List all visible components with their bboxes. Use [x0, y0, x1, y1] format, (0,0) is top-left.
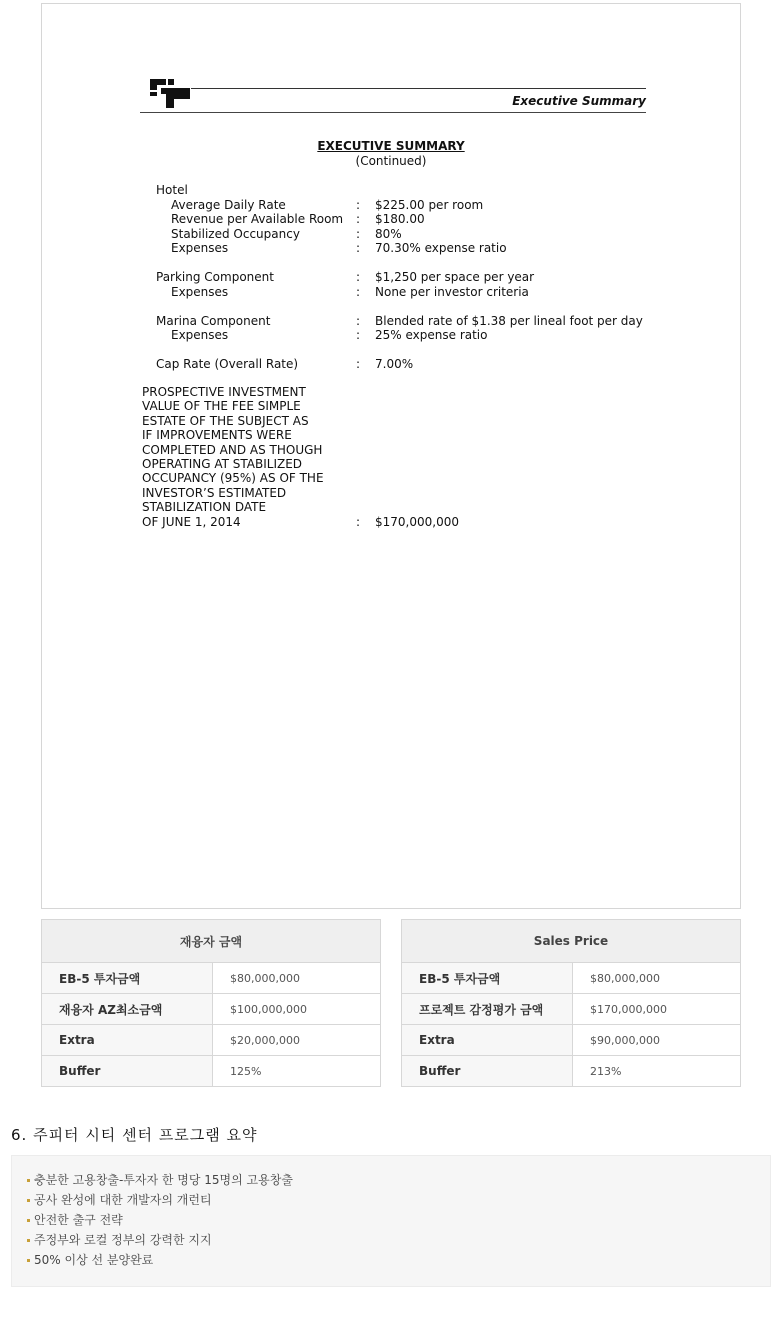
summary-rows: HotelAverage Daily Rate:$225.00 per room… — [156, 183, 676, 372]
bullet-icon — [27, 1219, 30, 1222]
row-label: Hotel — [156, 183, 356, 198]
bullet-icon — [27, 1259, 30, 1262]
bullet-icon — [27, 1179, 30, 1182]
row-label: Stabilized Occupancy — [156, 227, 356, 242]
row-label: Marina Component — [156, 314, 356, 329]
appraisal-document-page: Executive Summary EXECUTIVE SUMMARY (Con… — [42, 4, 740, 908]
colon: : — [356, 328, 375, 343]
row-label: Average Daily Rate — [156, 198, 356, 213]
list-item-text: 주정부와 로컬 정부의 강력한 지지 — [34, 1230, 212, 1250]
refinance-amount-table: 재융자 금액 EB-5 투자금액$80,000,000재융자 AZ최소금액$10… — [41, 919, 381, 1087]
table-row: 재융자 AZ최소금액$100,000,000 — [42, 994, 381, 1025]
list-item-text: 50% 이상 선 분양완료 — [34, 1250, 153, 1270]
row-value: 213% — [573, 1056, 741, 1087]
bullet-icon — [27, 1239, 30, 1242]
company-logo-icon — [148, 77, 192, 109]
colon: : — [356, 515, 375, 529]
table-row: Buffer125% — [42, 1056, 381, 1087]
summary-row: Expenses:25% expense ratio — [156, 328, 676, 343]
table-row: Extra$90,000,000 — [402, 1025, 741, 1056]
list-item: 안전한 출구 전략 — [27, 1210, 770, 1230]
colon — [356, 183, 375, 198]
summary-row: Revenue per Available Room:$180.00 — [156, 212, 676, 227]
row-key: Extra — [402, 1025, 573, 1056]
row-gap — [156, 256, 676, 271]
header-title: Executive Summary — [512, 94, 646, 108]
row-label: Parking Component — [156, 270, 356, 285]
row-value: $1,250 per space per year — [375, 270, 676, 285]
sales-price-table: Sales Price EB-5 투자금액$80,000,000프로젝트 감정평… — [401, 919, 741, 1087]
row-label: Expenses — [156, 241, 356, 256]
colon: : — [356, 198, 375, 213]
colon: : — [356, 227, 375, 242]
table-row: EB-5 투자금액$80,000,000 — [42, 963, 381, 994]
section-title: 6. 주피터 시티 센터 프로그램 요약 — [11, 1124, 258, 1145]
summary-row: Stabilized Occupancy:80% — [156, 227, 676, 242]
prospective-value: :$170,000,000 — [356, 515, 459, 529]
list-item-text: 충분한 고용창출-투자자 한 명당 15명의 고용창출 — [34, 1170, 293, 1190]
row-value: None per investor criteria — [375, 285, 676, 300]
row-gap — [156, 343, 676, 358]
row-key: EB-5 투자금액 — [402, 963, 573, 994]
list-item-text: 안전한 출구 전략 — [34, 1210, 123, 1230]
header-rule-top — [191, 88, 646, 89]
row-key: Buffer — [42, 1056, 213, 1087]
header-rule-bottom — [140, 112, 646, 113]
row-label: Revenue per Available Room — [156, 212, 356, 227]
row-key: 재융자 AZ최소금액 — [42, 994, 213, 1025]
row-value: $90,000,000 — [573, 1025, 741, 1056]
row-value: $180.00 — [375, 212, 676, 227]
document-title: EXECUTIVE SUMMARY — [42, 139, 740, 153]
prospective-value-block: PROSPECTIVE INVESTMENT VALUE OF THE FEE … — [142, 385, 682, 529]
summary-row: Hotel — [156, 183, 676, 198]
prospective-value-amount: $170,000,000 — [375, 515, 459, 529]
colon: : — [356, 357, 375, 372]
row-label: Expenses — [156, 285, 356, 300]
list-item-text: 공사 완성에 대한 개발자의 개런티 — [34, 1190, 212, 1210]
document-subtitle: (Continued) — [42, 154, 740, 168]
row-label: Expenses — [156, 328, 356, 343]
colon: : — [356, 285, 375, 300]
row-value: Blended rate of $1.38 per lineal foot pe… — [375, 314, 676, 329]
colon: : — [356, 212, 375, 227]
table-row: 프로젝트 감정평가 금액$170,000,000 — [402, 994, 741, 1025]
colon: : — [356, 270, 375, 285]
row-value: $100,000,000 — [213, 994, 381, 1025]
colon: : — [356, 314, 375, 329]
colon: : — [356, 241, 375, 256]
document-image-frame: Executive Summary EXECUTIVE SUMMARY (Con… — [41, 3, 741, 909]
table-row: EB-5 투자금액$80,000,000 — [402, 963, 741, 994]
bullet-icon — [27, 1199, 30, 1202]
row-value — [375, 183, 676, 198]
row-value: $170,000,000 — [573, 994, 741, 1025]
summary-row: Cap Rate (Overall Rate):7.00% — [156, 357, 676, 372]
row-key: EB-5 투자금액 — [42, 963, 213, 994]
list-item: 50% 이상 선 분양완료 — [27, 1250, 770, 1270]
prospective-value-label: PROSPECTIVE INVESTMENT VALUE OF THE FEE … — [142, 385, 356, 529]
table-header: Sales Price — [402, 920, 741, 963]
summary-row: Expenses:None per investor criteria — [156, 285, 676, 300]
row-key: 프로젝트 감정평가 금액 — [402, 994, 573, 1025]
program-summary-list: 충분한 고용창출-투자자 한 명당 15명의 고용창출공사 완성에 대한 개발자… — [12, 1156, 770, 1270]
list-item: 공사 완성에 대한 개발자의 개런티 — [27, 1190, 770, 1210]
row-label: Cap Rate (Overall Rate) — [156, 357, 356, 372]
row-value: 80% — [375, 227, 676, 242]
row-value: $80,000,000 — [573, 963, 741, 994]
list-item: 주정부와 로컬 정부의 강력한 지지 — [27, 1230, 770, 1250]
row-value: $80,000,000 — [213, 963, 381, 994]
row-key: Extra — [42, 1025, 213, 1056]
row-value: 7.00% — [375, 357, 676, 372]
table-header: 재융자 금액 — [42, 920, 381, 963]
row-value: $20,000,000 — [213, 1025, 381, 1056]
summary-row: Parking Component:$1,250 per space per y… — [156, 270, 676, 285]
row-value: 125% — [213, 1056, 381, 1087]
summary-row: Marina Component:Blended rate of $1.38 p… — [156, 314, 676, 329]
table-row: Buffer213% — [402, 1056, 741, 1087]
row-value: 25% expense ratio — [375, 328, 676, 343]
summary-row: Expenses:70.30% expense ratio — [156, 241, 676, 256]
summary-row: Average Daily Rate:$225.00 per room — [156, 198, 676, 213]
table-row: Extra$20,000,000 — [42, 1025, 381, 1056]
row-value: $225.00 per room — [375, 198, 676, 213]
row-gap — [156, 299, 676, 314]
program-summary-box: 충분한 고용창출-투자자 한 명당 15명의 고용창출공사 완성에 대한 개발자… — [11, 1155, 771, 1287]
row-key: Buffer — [402, 1056, 573, 1087]
row-value: 70.30% expense ratio — [375, 241, 676, 256]
list-item: 충분한 고용창출-투자자 한 명당 15명의 고용창출 — [27, 1170, 770, 1190]
